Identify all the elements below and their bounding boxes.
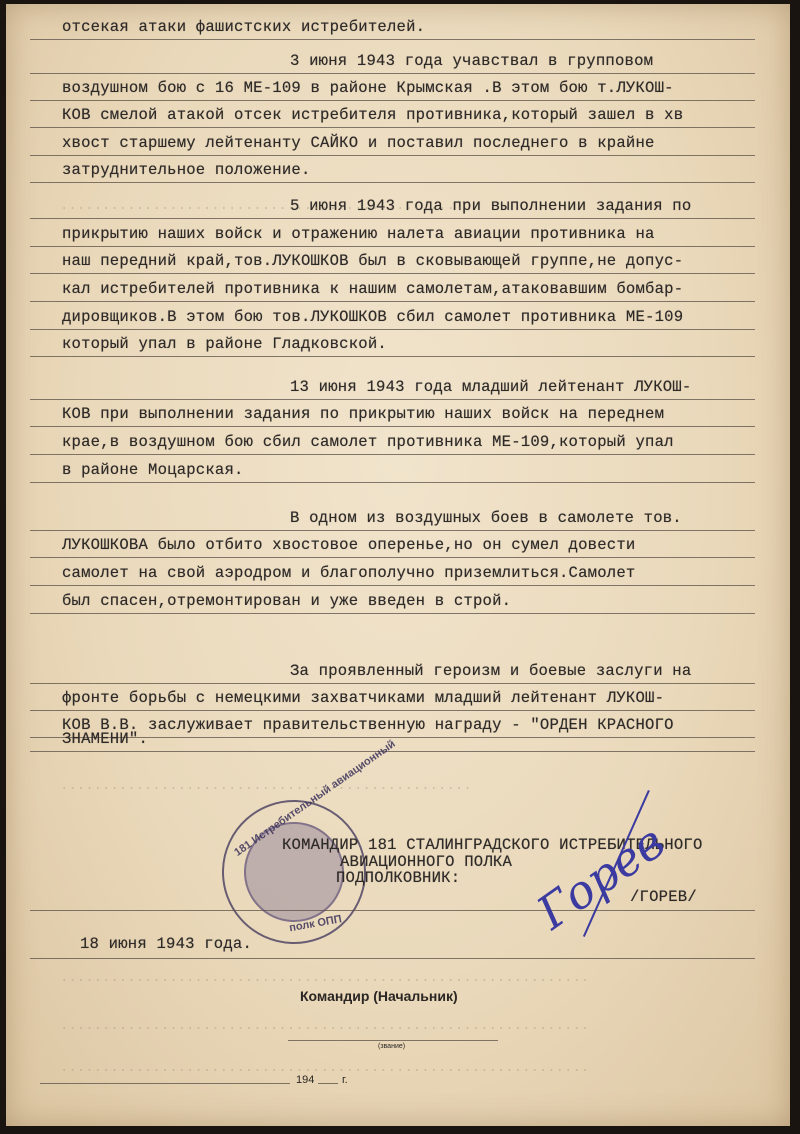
- typed-line: дировщиков.В этом бою тов.ЛУКОШКОВ сбил …: [62, 308, 800, 326]
- rule: [30, 73, 755, 74]
- bleed-through-text: ........................................…: [60, 198, 463, 214]
- typed-line: ЗНАМЕНИ".: [62, 730, 800, 748]
- year-suffix: г.: [342, 1074, 348, 1086]
- signature-title-line1: КОМАНДИР 181 СТАЛИНГРАДСКОГО ИСТРЕБИТЕЛЬ…: [282, 836, 800, 854]
- typed-line: наш передний край,тов.ЛУКОШКОВ был в ско…: [62, 252, 800, 270]
- typed-line: прикрытию наших войск и отражению налета…: [62, 225, 800, 243]
- rule: [30, 356, 755, 357]
- typed-line: воздушном бою с 16 МЕ-109 в районе Крымс…: [62, 79, 800, 97]
- signature-name: /ГОРЕВ/: [630, 888, 800, 906]
- rank-caption: (звание): [378, 1043, 405, 1050]
- date-rule: [40, 1083, 290, 1084]
- rule: [30, 246, 755, 247]
- rule: [30, 182, 755, 183]
- rule: [30, 958, 755, 959]
- year-prefix: 194: [296, 1074, 314, 1086]
- typed-line: кал истребителей противника к нашим само…: [62, 280, 800, 298]
- typed-line: фронте борьбы с немецкими захватчиками м…: [62, 689, 800, 707]
- typed-line: который упал в районе Гладковской.: [62, 335, 800, 353]
- rule: [30, 426, 755, 427]
- rule: [30, 399, 755, 400]
- bleed-through-text: ........................................…: [60, 1018, 589, 1034]
- bleed-through-text: ........................................…: [60, 1060, 589, 1076]
- rule: [30, 301, 755, 302]
- typed-line: затруднительное положение.: [62, 161, 800, 179]
- typed-line: хвост старшему лейтенанту САЙКО и постав…: [62, 134, 800, 152]
- rule: [30, 613, 755, 614]
- rule: [30, 100, 755, 101]
- rule: [30, 482, 755, 483]
- typed-line: в районе Моцарская.: [62, 461, 800, 479]
- rule: [30, 530, 755, 531]
- typed-line: ЛУКОШКОВА было отбито хвостовое оперенье…: [62, 536, 800, 554]
- document-date: 18 июня 1943 года.: [80, 935, 800, 953]
- typed-line: крае,в воздушном бою сбил самолет против…: [62, 433, 800, 451]
- rule: [30, 454, 755, 455]
- rule: [30, 329, 755, 330]
- typed-line: КОВ смелой атакой отсек истребителя прот…: [62, 106, 800, 124]
- typed-line: В одном из воздушных боев в самолете тов…: [290, 509, 800, 527]
- year-rule: [318, 1083, 338, 1084]
- rule: [30, 273, 755, 274]
- typed-line: был спасен,отремонтирован и уже введен в…: [62, 592, 800, 610]
- rule: [30, 910, 755, 911]
- typed-line: За проявленный героизм и боевые заслуги …: [290, 662, 800, 680]
- rule: [30, 585, 755, 586]
- rule: [30, 710, 755, 711]
- bleed-through-text: ........................................…: [60, 778, 472, 794]
- commander-label: Командир (Начальник): [300, 988, 458, 1004]
- typed-line: КОВ при выполнении задания по прикрытию …: [62, 405, 800, 423]
- rule: [30, 683, 755, 684]
- rule: [30, 557, 755, 558]
- rule: [30, 218, 755, 219]
- bleed-through-text: ........................................…: [60, 970, 589, 986]
- typed-line: отсекая атаки фашистских истребителей.: [62, 18, 800, 36]
- rule: [30, 39, 755, 40]
- typed-line: самолет на свой аэродром и благополучно …: [62, 564, 800, 582]
- rule: [30, 127, 755, 128]
- typed-line: 3 июня 1943 года учавствал в групповом: [290, 52, 800, 70]
- rank-rule: [288, 1040, 498, 1041]
- typed-line: 13 июня 1943 года младший лейтенант ЛУКО…: [290, 378, 800, 396]
- rule: [30, 155, 755, 156]
